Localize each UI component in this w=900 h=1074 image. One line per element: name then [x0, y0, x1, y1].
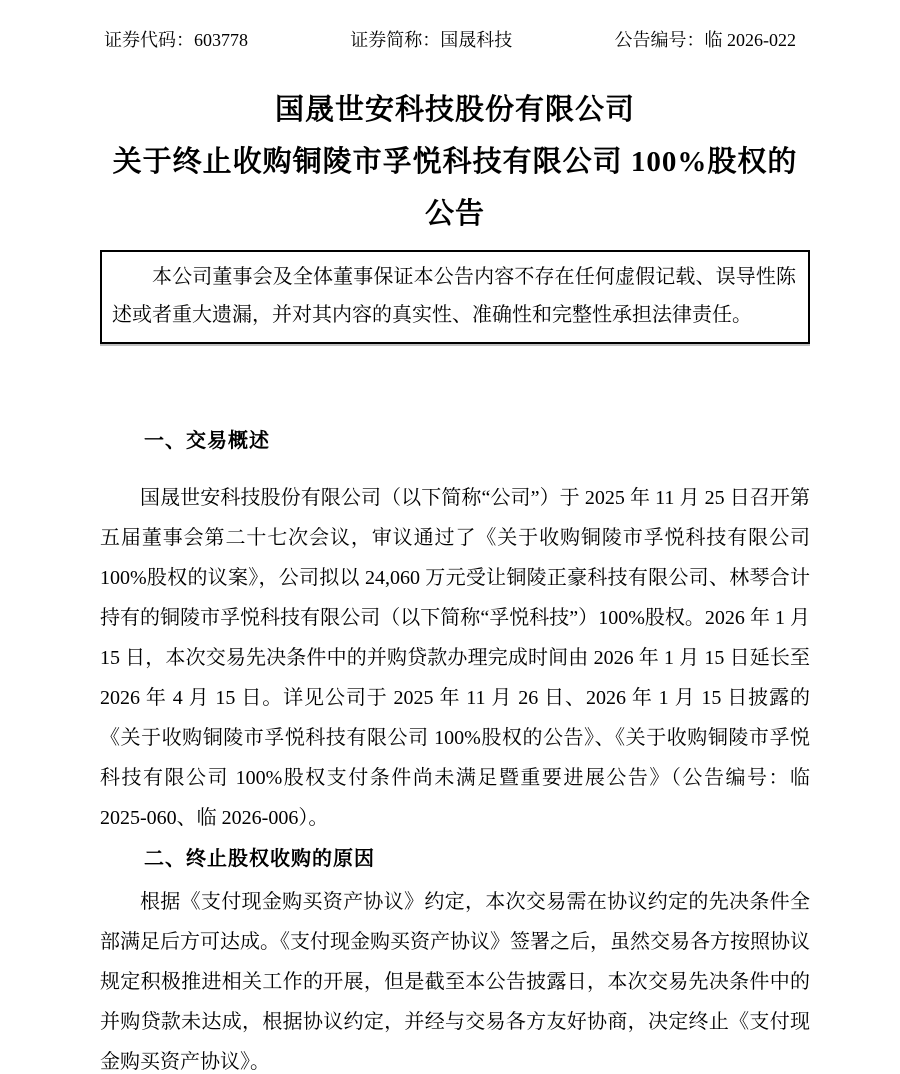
- section-transaction-overview: 一、交易概述 国晟世安科技股份有限公司（以下简称“公司”）于 2025 年 11…: [100, 428, 810, 838]
- board-declaration-box: 本公司董事会及全体董事保证本公告内容不存在任何虚假记载、误导性陈述或者重大遗漏，…: [100, 250, 810, 344]
- title-company-name: 国晟世安科技股份有限公司: [100, 84, 810, 136]
- stock-short-name: 证券简称：国晟科技: [350, 28, 512, 52]
- title-subject-line2: 公告: [100, 188, 810, 240]
- board-declaration-text: 本公司董事会及全体董事保证本公告内容不存在任何虚假记载、误导性陈述或者重大遗漏，…: [112, 258, 796, 334]
- section-2-paragraph: 根据《支付现金购买资产协议》约定，本次交易需在协议约定的先决条件全部满足后方可达…: [100, 882, 810, 1074]
- title-subject-line1: 关于终止收购铜陵市孚悦科技有限公司 100%股权的: [100, 136, 810, 188]
- section-1-heading: 一、交易概述: [100, 428, 810, 454]
- announcement-number: 公告编号：临 2026-022: [615, 28, 797, 52]
- section-1-paragraph: 国晟世安科技股份有限公司（以下简称“公司”）于 2025 年 11 月 25 日…: [100, 478, 810, 838]
- stock-code: 证券代码：603778: [104, 28, 248, 52]
- document-title: 国晟世安科技股份有限公司 关于终止收购铜陵市孚悦科技有限公司 100%股权的 公…: [100, 84, 810, 240]
- section-2-heading: 二、终止股权收购的原因: [100, 846, 810, 872]
- document-header: 证券代码：603778 证券简称：国晟科技 公告编号：临 2026-022: [100, 28, 810, 52]
- section-termination-reason: 二、终止股权收购的原因 根据《支付现金购买资产协议》约定，本次交易需在协议约定的…: [100, 846, 810, 1074]
- announcement-page: 证券代码：603778 证券简称：国晟科技 公告编号：临 2026-022 国晟…: [0, 0, 900, 1074]
